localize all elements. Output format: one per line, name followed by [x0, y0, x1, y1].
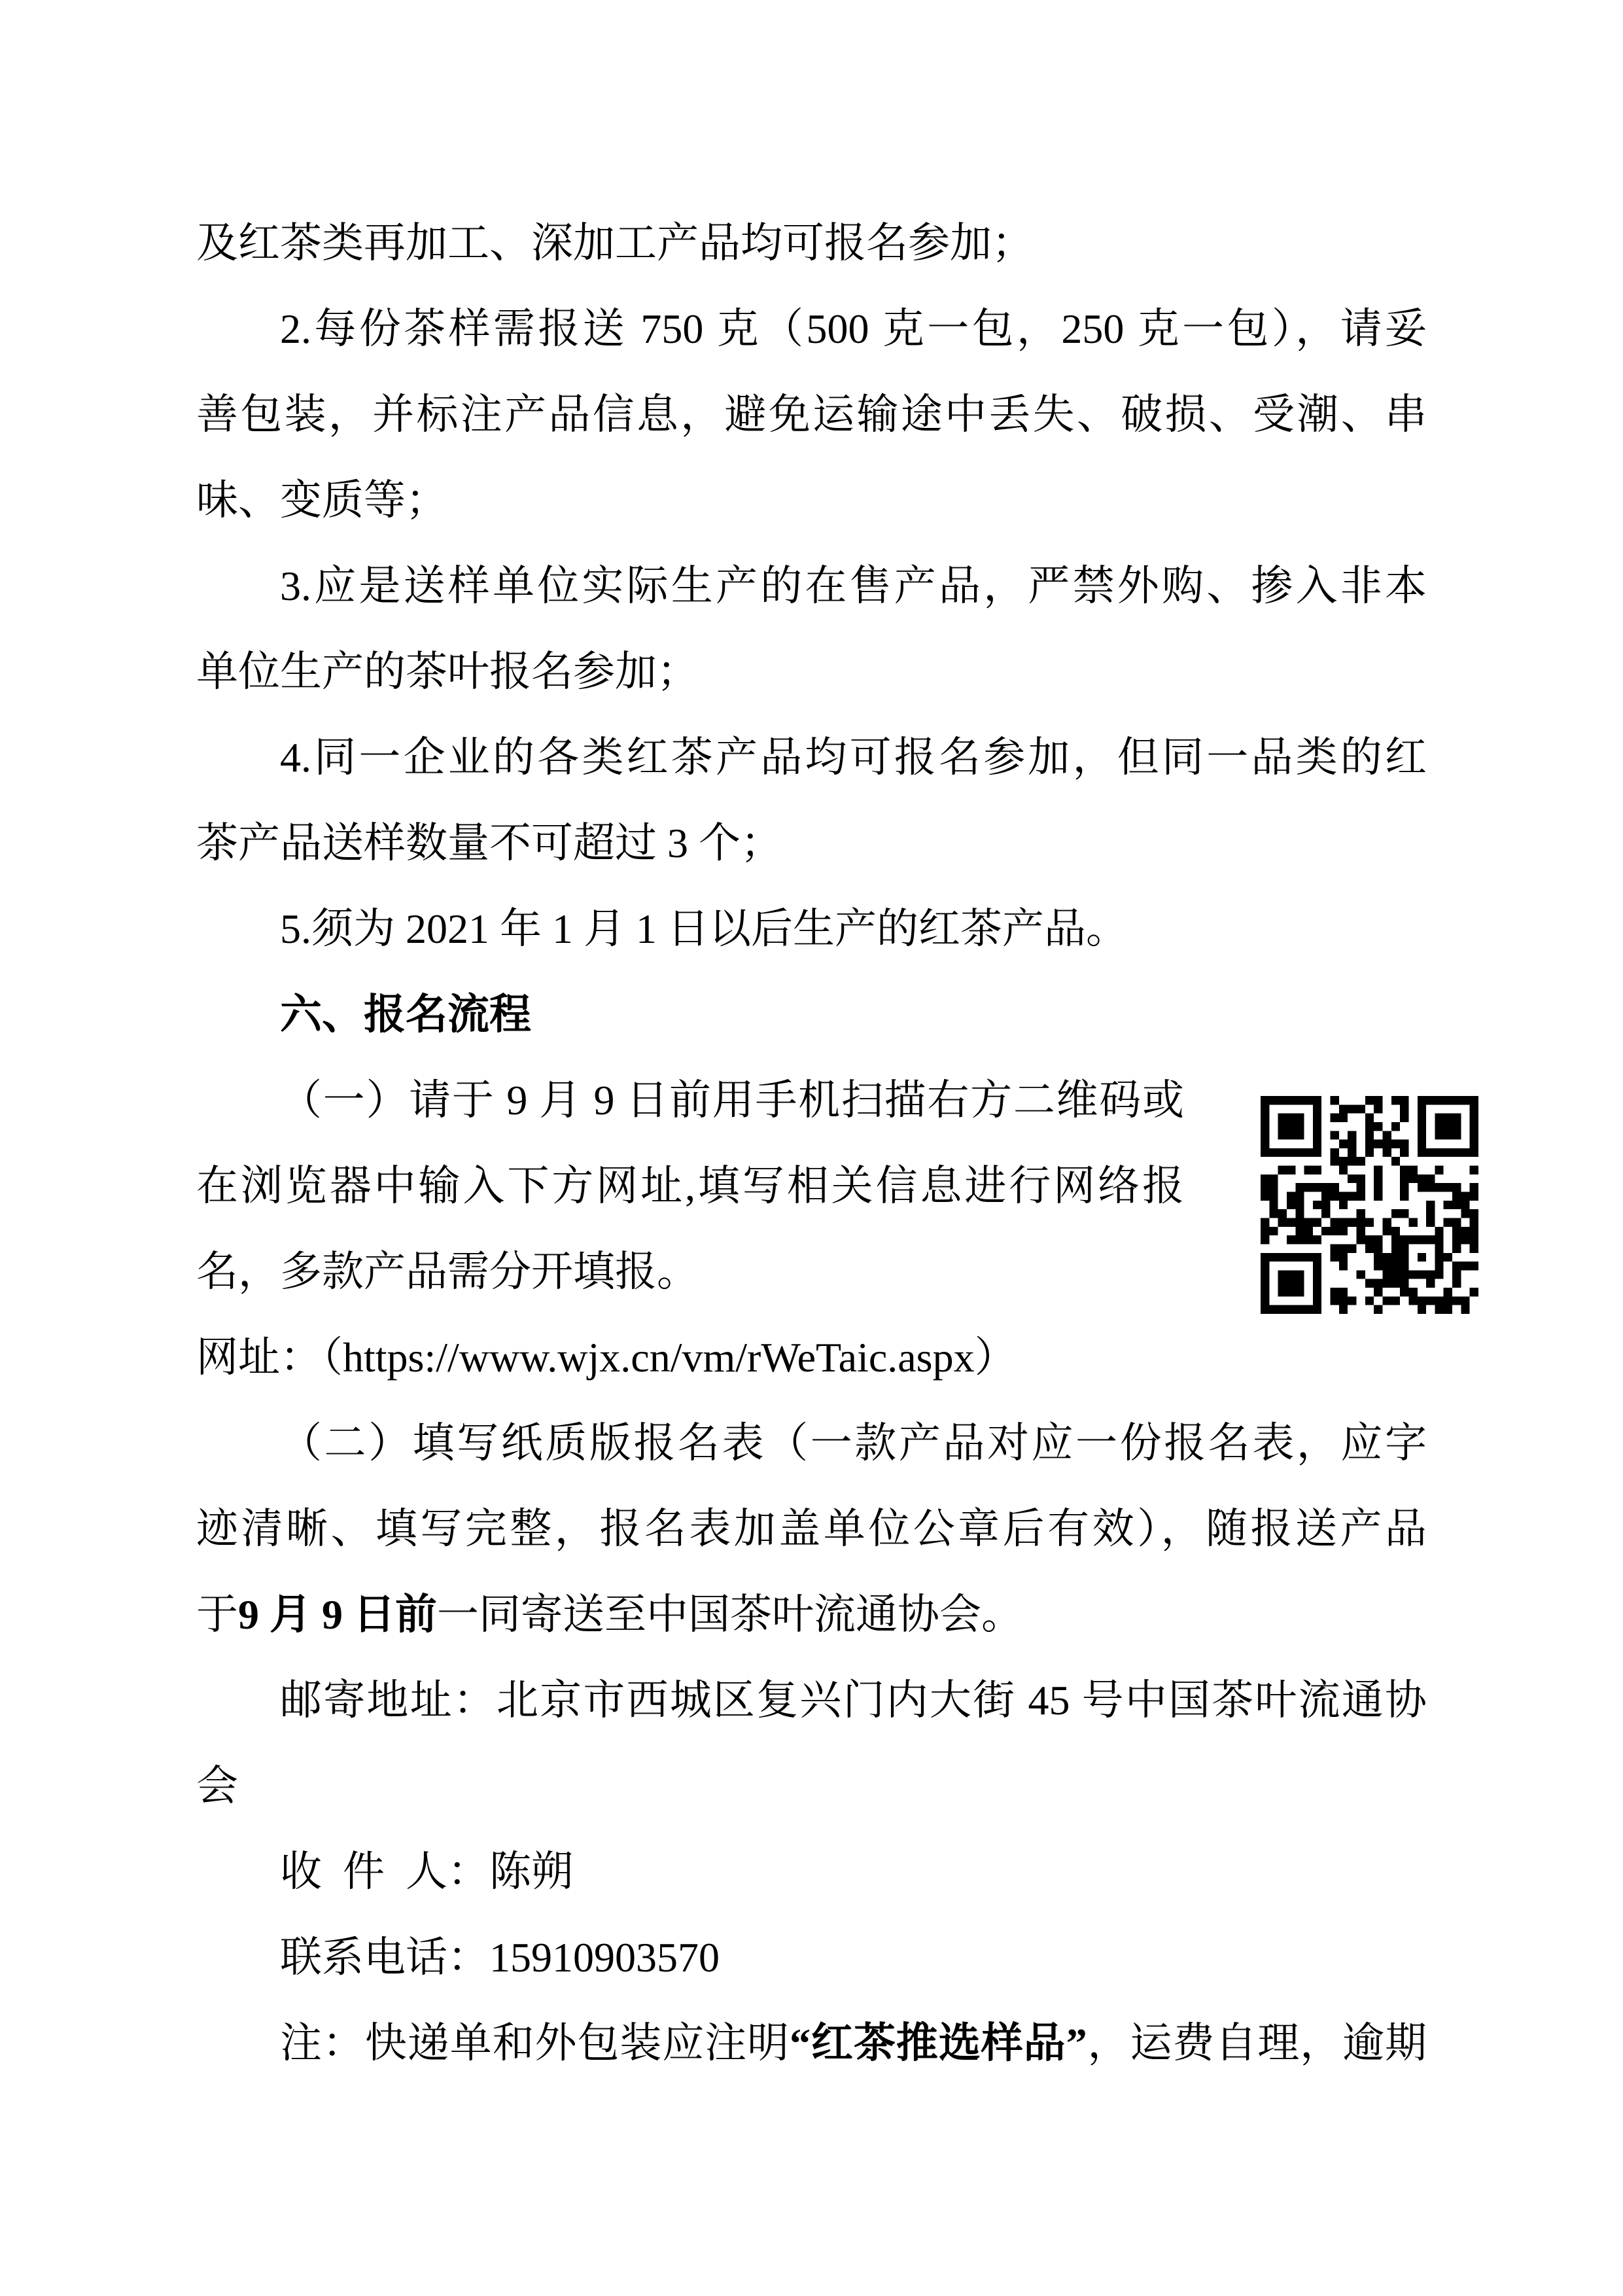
text-run: ，运费自理，逾期: [1087, 2020, 1427, 2066]
section-heading: 六、报名流程: [196, 972, 1427, 1057]
para-rule3-line2: 单位生产的茶叶报名参加；: [196, 629, 1427, 715]
para-rule3-line1: 3.应是送样单位实际生产的在售产品，严禁外购、掺入非本: [196, 543, 1427, 629]
para-step2-line2: 迹清晰、填写完整，报名表加盖单位公章后有效），随报送产品: [196, 1486, 1427, 1572]
text-run: 联系电话：15910903570: [280, 1934, 720, 1981]
text-run: 一同寄送至中国茶叶流通协会。: [437, 1591, 1023, 1638]
text-run: 及红茶类再加工、深加工产品均可报名参加；: [196, 220, 1034, 266]
text-run: 味、变质等；: [196, 477, 447, 523]
text-run: 茶产品送样数量不可超过 3 个；: [196, 820, 782, 866]
text-run: 注：快递单和外包装应注明: [280, 2020, 790, 2066]
text-run: 收 件 人：陈朔: [280, 1848, 573, 1895]
para-rule2-line3: 味、变质等；: [196, 457, 1427, 543]
para-rule5: 5.须为 2021 年 1 月 1 日以后生产的红茶产品。: [196, 886, 1427, 972]
text-run: 2.每份茶样需报送 750 克（500 克一包，250 克一包），请妥: [280, 306, 1427, 352]
para-step2-line1: （二）填写纸质版报名表（一款产品对应一份报名表，应字: [196, 1400, 1427, 1486]
para-rule4-line2: 茶产品送样数量不可超过 3 个；: [196, 800, 1427, 886]
para-step1-line3: 名，多款产品需分开填报。: [196, 1229, 1184, 1315]
registration-qr-code: [1261, 1096, 1478, 1314]
para-step1-line1: （一）请于 9 月 9 日前用手机扫描右方二维码或: [196, 1057, 1184, 1143]
text-run: 在浏览器中输入下方网址,填写相关信息进行网络报: [196, 1163, 1184, 1209]
mailing-address-line2: 会: [196, 1743, 1427, 1829]
para-step2-line3: 于9 月 9 日前一同寄送至中国茶叶流通协会。: [196, 1572, 1427, 1657]
text-run: （二）填写纸质版报名表（一款产品对应一份报名表，应字: [280, 1420, 1427, 1466]
note-line: 注：快递单和外包装应注明“红茶推选样品”，运费自理，逾期: [196, 2000, 1427, 2086]
phone-line: 联系电话：15910903570: [196, 1915, 1427, 2000]
text-run: 4.同一企业的各类红茶产品均可报名参加，但同一品类的红: [280, 734, 1427, 781]
text-run: 六、报名流程: [280, 991, 531, 1038]
text-run: （一）请于 9 月 9 日前用手机扫描右方二维码或: [280, 1077, 1184, 1123]
document-body: 及红茶类再加工、深加工产品均可报名参加；2.每份茶样需报送 750 克（500 …: [196, 200, 1427, 2086]
text-run: 善包装，并标注产品信息，避免运输途中丢失、破损、受潮、串: [196, 391, 1427, 438]
para-rule4-line1: 4.同一企业的各类红茶产品均可报名参加，但同一品类的红: [196, 715, 1427, 800]
para-scope-continued: 及红茶类再加工、深加工产品均可报名参加；: [196, 200, 1427, 286]
text-run: 于: [196, 1591, 238, 1638]
text-run: “红茶推选样品”: [790, 2020, 1087, 2066]
registration-url-line: 网址：（https://www.wjx.cn/vm/rWeTaic.aspx）: [196, 1315, 1427, 1400]
text-run: 3.应是送样单位实际生产的在售产品，严禁外购、掺入非本: [280, 563, 1427, 609]
text-run: 9 月 9 日前: [238, 1591, 437, 1638]
document-page: 及红茶类再加工、深加工产品均可报名参加；2.每份茶样需报送 750 克（500 …: [0, 0, 1623, 2296]
recipient-line: 收 件 人：陈朔: [196, 1829, 1427, 1915]
text-run: 5.须为 2021 年 1 月 1 日以后生产的红茶产品。: [280, 906, 1128, 952]
text-run: 会: [196, 1763, 238, 1809]
text-run: 邮寄地址：北京市西城区复兴门内大街 45 号中国茶叶流通协: [280, 1677, 1427, 1723]
mailing-address-line1: 邮寄地址：北京市西城区复兴门内大街 45 号中国茶叶流通协: [196, 1657, 1427, 1743]
text-run: 网址：（https://www.wjx.cn/vm/rWeTaic.aspx）: [196, 1334, 1017, 1381]
para-rule2-line1: 2.每份茶样需报送 750 克（500 克一包，250 克一包），请妥: [196, 286, 1427, 372]
text-run: 迹清晰、填写完整，报名表加盖单位公章后有效），随报送产品: [196, 1506, 1427, 1552]
text-run: 名，多款产品需分开填报。: [196, 1248, 699, 1295]
text-run: 单位生产的茶叶报名参加；: [196, 648, 699, 695]
para-step1-line2: 在浏览器中输入下方网址,填写相关信息进行网络报: [196, 1143, 1184, 1229]
para-rule2-line2: 善包装，并标注产品信息，避免运输途中丢失、破损、受潮、串: [196, 372, 1427, 457]
